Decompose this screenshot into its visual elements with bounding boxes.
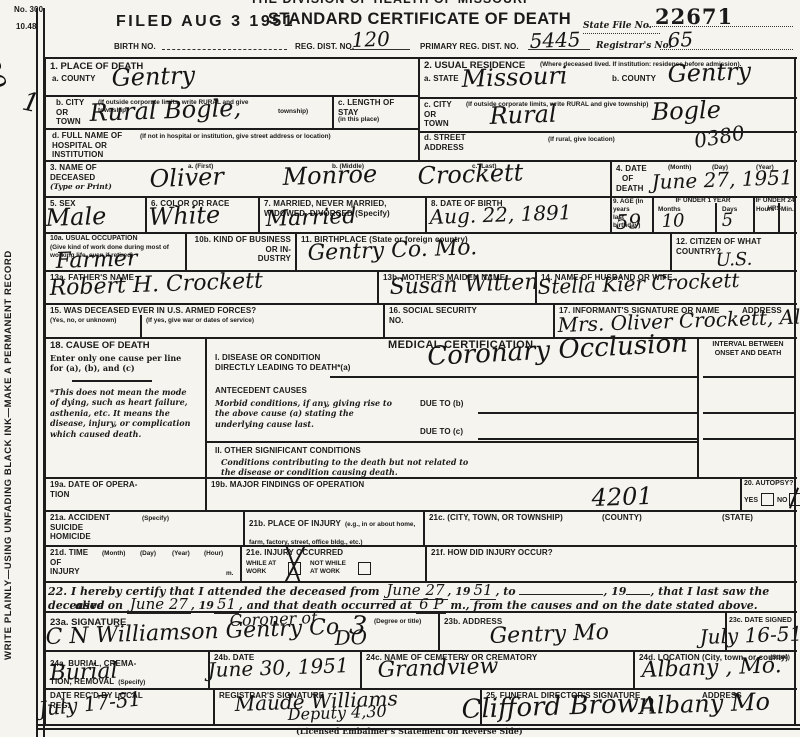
grid-line [330,376,697,378]
residence-street-note: (If rural, give location) [548,136,615,144]
grid-line [697,337,699,477]
place-city-value: Rural Bogle, [89,96,241,125]
reg-dist-value: 120 [351,29,390,50]
grid-line [725,611,727,650]
grid-line [610,160,612,232]
other-conditions-note: Conditions contributing to the death but… [221,457,476,478]
place-city-label: b. CITY OR TOWN [56,98,84,127]
grid-line [44,688,797,690]
burial-value: Burial [49,661,118,685]
race-value: White [148,203,220,229]
interval-heading: INTERVAL BETWEEN ONSET AND DEATH [702,341,794,359]
antecedent-note: Morbid conditions, if any, giving rise t… [215,398,403,429]
grid-line [44,650,797,652]
grid-line [185,232,187,270]
funeral-director-value: Clifford Brown [461,690,656,723]
dod-label-3: DEATH [616,184,643,194]
grid-line [44,337,797,339]
ssn-label: 16. SOCIAL SECURITY NO. [389,306,539,325]
name-first-value: Oliver [149,164,224,191]
grid-line [418,97,797,99]
occupation-label: 10a. USUAL OCCUPATION [50,235,138,243]
primary-reg-dist-rule [528,49,590,50]
grid-line [205,441,697,443]
injury-time-month: (Month) [102,550,125,558]
grid-line [44,232,797,234]
place-city-note2: township) [278,108,308,116]
cert-blank-to [519,584,603,595]
injury-state-label: (STATE) [722,513,753,523]
injury-time-m: m. [226,570,233,578]
grid-line [383,303,385,337]
grid-line [418,57,420,160]
residence-state-label: a. STATE [424,74,459,84]
cause-divider-rule [72,380,152,382]
form-stock-code: 10.48 [16,22,37,32]
injury-time-year: (Year) [172,550,190,558]
grid-line [670,232,672,270]
grid-line [208,650,210,688]
grid-line [332,95,334,128]
grid-line [740,477,742,510]
mother-name-value: Susan Witten [389,272,539,299]
name-last-value: Crockett [417,160,524,188]
cause-heading: 18. CAUSE OF DEATH [50,340,150,351]
due-to-b-label: DUE TO (b) [420,399,464,409]
grid-line [423,510,425,545]
residence-street-label: d. STREET ADDRESS [424,133,466,152]
injury-location-label: 21c. (CITY, TOWN, OR TOWNSHIP) [429,513,563,523]
degree-title-label: (Degree or title) [374,618,421,626]
grid-line [480,688,482,726]
father-name-value: Robert H. Crockett [49,271,263,300]
grid-line [715,203,717,232]
other-conditions-heading: II. OTHER SIGNIFICANT CONDITIONS [215,446,361,456]
spouse-name-value: Stella Kier Crockett [537,270,739,297]
division-heading-clipped: THE DIVISION OF HEALTH OF MISSOURI [250,0,528,6]
autopsy-label: 20. AUTOPSY? [744,480,793,488]
dod-label-1: 4. DATE [616,164,647,174]
primary-reg-dist-value: 5445 [529,29,581,51]
dod-label-2: OF [622,174,633,184]
grid-line [140,315,142,337]
grid-line [44,510,797,512]
injury-time-label: 21d. TIME OF INJURY [50,548,88,577]
age-months-value: 10 [661,212,685,231]
injury-place-label-wrap: 21b. PLACE OF INJURY (e.g., in or about … [249,513,417,549]
registrar-no-value: 65 [667,29,693,50]
grid-line [753,196,755,232]
reg-dist-rule [350,49,410,50]
grid-line [44,95,418,97]
grid-line [258,196,260,232]
grid-line [553,303,555,337]
operation-findings-label: 19b. MAJOR FINDINGS OF OPERATION [211,480,364,490]
name-heading: 3. NAME OF DECEASED [50,163,97,182]
signer-address-value: Gentry Mo [489,622,609,648]
birth-no-rule [162,49,287,50]
marital-value: Married [265,206,357,231]
grid-line [425,196,427,232]
hospital-name-label: d. FULL NAME OF HOSPITAL OR INSTITUTION [52,131,122,160]
grid-line [44,57,46,726]
age-min-label: Min. [781,206,794,214]
burial-specify-note: (Specify) [118,679,145,686]
grid-line [295,232,297,270]
handwritten-margin-number: 380 [0,38,9,93]
burial-date-value: June 30, 1951 [207,655,349,680]
residence-county-value: Gentry [667,59,751,86]
residence-city-value-1: Rural [489,102,557,128]
birth-no-label: BIRTH NO. [114,42,156,52]
name-middle-value: Monroe [282,162,377,189]
grid-line [36,724,800,726]
length-of-stay-label: c. LENGTH OF STAY [338,98,416,117]
antecedent-heading: ANTECEDENT CAUSES [215,386,307,396]
grid-line [535,270,537,303]
accident-specify-note: (Specify) [142,515,169,523]
grid-line [794,57,796,726]
certificate-title: STANDARD CERTIFICATE OF DEATH [268,10,571,29]
degree-value: DO [334,627,367,648]
grid-line [478,412,697,414]
injury-time-hour: (Hour) [204,550,223,558]
state-file-no-label: State File No. [583,21,660,34]
injury-occurred-label: 21e. INJURY OCCURRED [246,548,343,558]
cause-footnote: *This does not mean the mode of dying, s… [50,387,196,439]
birthplace-value: Gentry Co. Mo. [307,237,477,265]
injury-time-day: (Day) [140,550,156,558]
injury-not-while-checkbox[interactable] [358,562,371,575]
autopsy-no-label: NO [777,497,788,505]
operation-date-label: 19a. DATE OF OPERA- TION [50,480,200,499]
grid-line [438,611,440,650]
grid-line [652,196,654,232]
registrar-deputy-value: Deputy 4,30 [287,704,387,723]
grid-line [145,196,147,232]
grid-line [44,128,418,130]
grid-line [213,688,215,726]
age-under1-label: IF UNDER 1 YEAR [654,197,752,205]
grid-line [44,270,797,272]
injury-while-label: WHILE AT WORK [246,560,276,576]
primary-reg-dist-label: PRIMARY REG. DIST. NO. [420,42,519,52]
disease-label: I. DISEASE OR CONDITION DIRECTLY LEADING… [215,353,415,372]
injury-county-label: (COUNTY) [602,513,642,523]
armed-forces-label: 15. WAS DECEASED EVER IN U.S. ARMED FORC… [50,306,256,316]
grid-line [44,196,797,198]
injury-how-label: 21f. HOW DID INJURY OCCUR? [431,548,553,558]
grid-line [633,650,635,688]
reg-dist-label: REG. DIST. NO. [295,42,354,52]
grid-line [44,581,797,583]
grid-line [44,545,797,547]
grid-line [44,611,797,613]
grid-line [478,438,697,440]
dod-value: June 27, 1951 [651,167,793,192]
grid-line [425,545,427,581]
armed-forces-note2: (If yes, give war or dates of service) [146,317,271,325]
grid-line [243,510,245,545]
grid-line [377,270,379,303]
accident-label: 21a. ACCIDENT SUICIDE HOMICIDE [50,513,110,542]
margin-instruction-text: WRITE PLAINLY—USING UNFADING BLACK INK—M… [3,115,14,660]
grid-line [418,131,797,133]
grid-line [205,337,207,510]
grid-line [44,57,797,59]
dob-value: Aug. 22, 1891 [429,202,572,227]
grid-line [360,650,362,688]
grid-line [44,160,797,162]
grid-line [778,203,780,232]
funeral-address-value: Albany Mo [639,689,770,718]
death-certificate-scan: No. 300 10.48 380 1 WRITE PLAINLY—USING … [0,0,800,737]
business-label: 10b. KIND OF BUSINESS OR IN- DUSTRY [191,235,291,264]
grid-line [703,438,795,440]
registrar-no-rule [660,49,793,50]
cause-instruction: Enter only one cause per line for (a), (… [50,353,192,374]
residence-heading-note: (Where deceased lived. If institution: r… [540,61,792,69]
residence-county-label: b. COUNTY [612,74,656,84]
place-county-value: Gentry [111,63,195,90]
cert-blank-year [626,584,650,595]
burial-location-value: Albany , Mo. [641,655,782,682]
state-file-no-rule [648,26,793,27]
age-value: 59 [615,211,641,232]
age-hours-label: Hours [756,206,774,214]
age-days-value: 5 [721,212,733,230]
residence-street-value: 0380 [693,122,747,151]
autopsy-yes-checkbox[interactable] [761,493,774,506]
sex-value: Male [45,204,107,230]
hospital-name-note: (If not in hospital or institution, give… [140,133,410,141]
due-to-c-label: DUE TO (c) [420,427,463,437]
date-signed-value: July 16-51 [699,623,800,647]
residence-city-label: c. CITY OR TOWN [424,100,452,129]
place-county-label: a. COUNTY [52,74,96,84]
residence-state-value: Missouri [461,63,568,91]
name-heading-note: (Type or Print) [50,182,112,192]
grid-line [44,303,797,305]
length-of-stay-note: (in this place) [338,116,379,124]
operation-findings-value: 4201 [591,484,653,510]
cemetery-value: Grandview [377,656,498,682]
grid-line [703,412,795,414]
grid-line [240,545,242,581]
grid-line [44,477,797,479]
residence-city-value-2: Bogle [651,98,721,124]
injury-place-label: 21b. PLACE OF INJURY [249,519,341,528]
grid-line [703,376,795,378]
armed-forces-note1: (Yes, no, or unknown) [50,317,130,325]
autopsy-yes-label: YES [744,497,758,505]
injury-not-while-label: NOT WHILE AT WORK [310,560,346,576]
grid-line [36,728,800,730]
